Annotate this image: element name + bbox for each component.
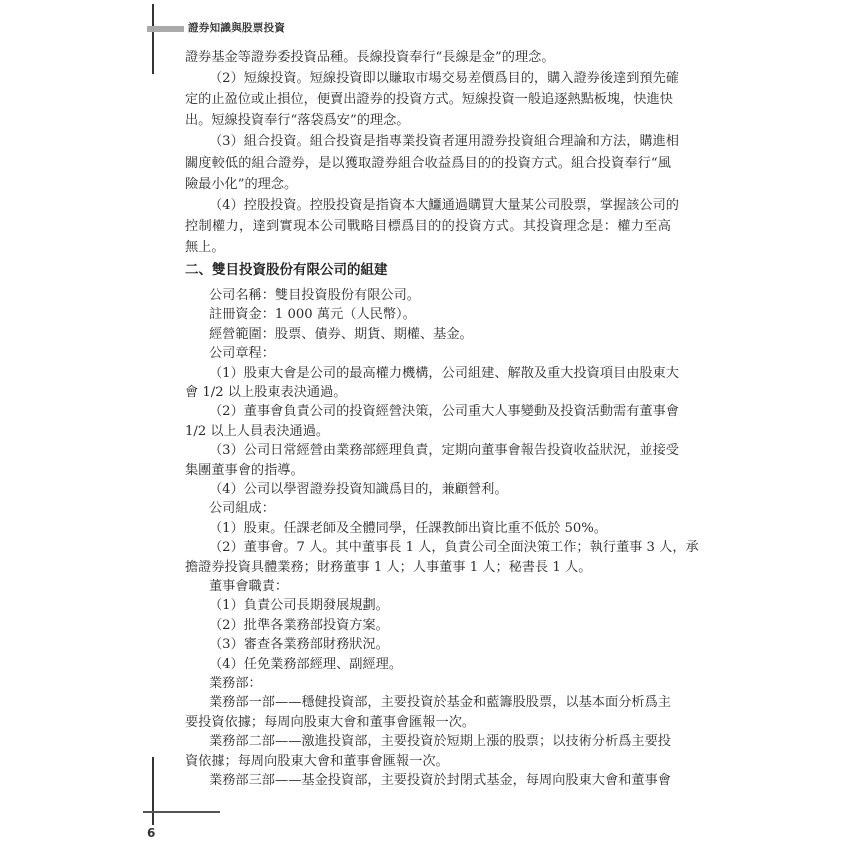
text-line: 險最小化”的理念。 [185, 177, 671, 193]
text-line: 定的止盈位或止損位，便賣出證券的投資方式。短線投資一般追逐熱點板塊，快進快 [185, 92, 671, 108]
text-line: （3）組合投資。組合投資是指專業投資者運用證券投資組合理論和方法，購進相 [209, 134, 671, 150]
text-line: （3）公司日常經營由業務部經理負責，定期向董事會報告投資收益狀況，並接受 [209, 443, 671, 459]
text-line: 業務部三部——基金投資部，主要投資於封閉式基金，每周向股東大會和董事會 [209, 773, 671, 789]
text-line: 業務部二部——激進投資部，主要投資於短期上漲的股票；以技術分析爲主要投 [209, 734, 671, 750]
text-line: 業務部一部——穩健投資部，主要投資於基金和藍籌股股票，以基本面分析爲主 [209, 695, 671, 711]
text-line: （3）審查各業務部財務狀況。 [209, 637, 671, 653]
text-line: （4）公司以學習證券投資知識爲目的，兼顧營利。 [209, 482, 671, 498]
text-line: 公司名稱：雙目投資股份有限公司。 [209, 288, 671, 304]
text-line: 業務部： [209, 676, 671, 692]
text-line: 董事會職責： [209, 579, 671, 595]
top-margin-rule [152, 4, 154, 74]
text-line: 關度較低的組合證券，是以獲取證券組合收益爲目的的投資方式。組合投資奉行“風 [185, 156, 671, 172]
text-line: 要投資依據；每周向股東大會和董事會匯報一次。 [185, 715, 671, 731]
text-line: （1）負責公司長期發展規劃。 [209, 598, 671, 614]
header-bar [147, 26, 184, 32]
text-line: 經營範圍：股票、債券、期貨、期權、基金。 [209, 327, 671, 343]
text-line: （1）股東。任課老師及全體同學，任課教師出資比重不低於 50%。 [209, 521, 671, 537]
text-line: 公司章程： [209, 346, 671, 362]
text-line: 證券基金等證券委投資品種。長線投資奉行“長線是金”的理念。 [185, 50, 671, 66]
text-line: 1/2 以上人員表決通過。 [185, 424, 671, 440]
text-line: （2）董事會。7 人。其中董事長 1 人，負責公司全面決策工作；執行董事 3 人… [209, 540, 671, 556]
text-line: 會 1/2 以上股東表決通過。 [185, 385, 671, 401]
text-line: 集團董事會的指導。 [185, 463, 671, 479]
text-line: 無上。 [185, 240, 671, 256]
text-line: 出。短線投資奉行“落袋爲安”的理念。 [185, 113, 671, 129]
text-line: 擔證券投資具體業務；財務董事 1 人；人事董事 1 人；秘書長 1 人。 [185, 560, 671, 576]
text-line: （4）任免業務部經理、副經理。 [209, 657, 671, 673]
text-line: （2）批準各業務部投資方案。 [209, 618, 671, 634]
section-heading: 二、雙目投資股份有限公司的組建 [185, 258, 388, 278]
text-line: （1）股東大會是公司的最高權力機構，公司組建、解散及重大投資項目由股東大 [209, 366, 671, 382]
text-line: 資依據；每周向股東大會和董事會匯報一次。 [185, 754, 671, 770]
text-line: 控制權力，達到實現本公司戰略目標爲目的的投資方式。其投資理念是：權力至高 [185, 219, 671, 235]
text-line: 公司組成： [209, 501, 671, 517]
text-line: （2）董事會負責公司的投資經營決策，公司重大人事變動及投資活動需有董事會 [209, 404, 671, 420]
bottom-crop-rule [143, 811, 220, 813]
bottom-margin-rule [152, 757, 154, 825]
running-header: 證券知識與股票投資 [188, 20, 285, 35]
text-line: （4）控股投資。控股投資是指資本大鱷通過購買大量某公司股票，掌握該公司的 [209, 198, 671, 214]
page-number: 6 [147, 826, 155, 840]
text-line: 註冊資金：1 000 萬元（人民幣）。 [209, 307, 671, 323]
text-line: （2）短線投資。短線投資即以賺取市場交易差價爲目的，購入證券後達到預先確 [209, 71, 671, 87]
